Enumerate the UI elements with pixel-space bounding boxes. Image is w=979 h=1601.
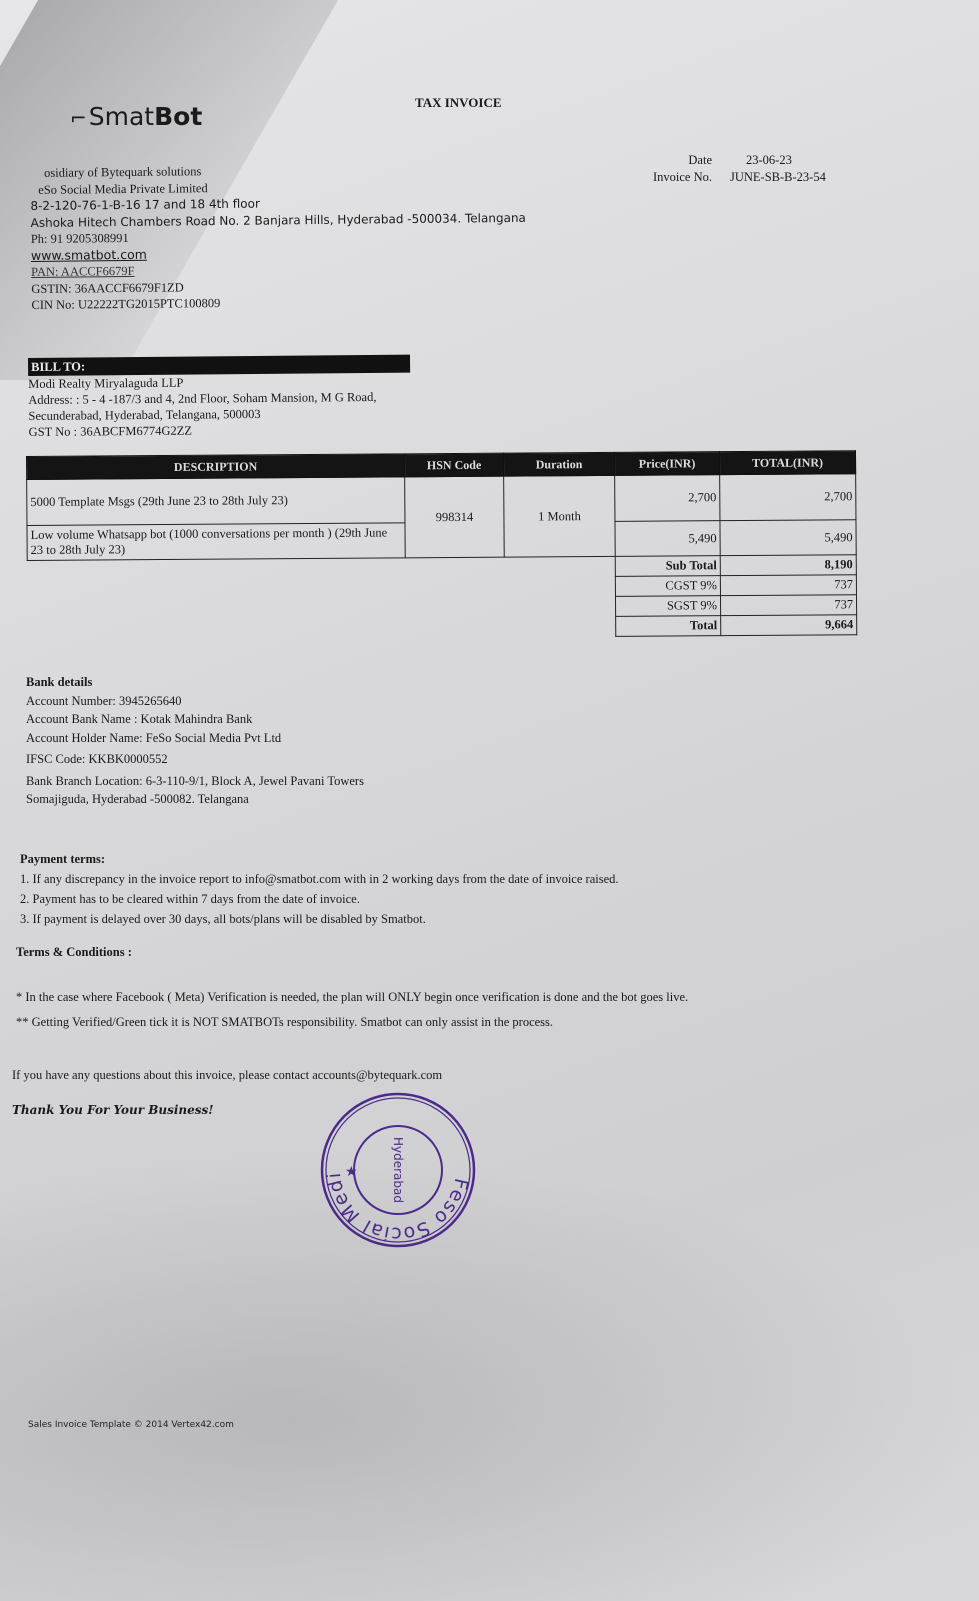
summary-value: 737 (720, 575, 856, 596)
footer-credit: Sales Invoice Template © 2014 Vertex42.c… (28, 1420, 234, 1430)
items-table: DESCRIPTION HSN Code Duration Price(INR)… (26, 450, 857, 641)
col-price: Price(INR) (614, 452, 719, 476)
bank-account-number: Account Number: 3945265640 (26, 692, 364, 711)
terms-heading: Terms & Conditions : (16, 943, 736, 962)
bank-branch1: Bank Branch Location: 6-3-110-9/1, Block… (26, 772, 364, 791)
terms-conditions: Terms & Conditions : * In the case where… (16, 943, 736, 1032)
payment-term-item: 1. If any discrepancy in the invoice rep… (20, 869, 740, 889)
summary-value: 9,664 (721, 615, 857, 636)
hsn-code: 998314 (405, 476, 505, 558)
col-hsn: HSN Code (404, 453, 503, 477)
summary-label: Sub Total (615, 556, 720, 577)
summary-label: CGST 9% (615, 576, 720, 597)
col-description: DESCRIPTION (27, 454, 405, 480)
table-row: 5000 Template Msgs (29th June 23 to 28th… (27, 474, 856, 526)
row-price: 2,700 (615, 475, 720, 522)
invoice-no-label: Invoice No. (640, 169, 712, 186)
bill-to-gst: GST No : 36ABCFM6774G2ZZ (29, 421, 411, 440)
summary-value: 8,190 (720, 555, 856, 576)
payment-terms: Payment terms: 1. If any discrepancy in … (20, 849, 740, 929)
company-stamp: Feso Social Media Pvt. Ltd. ★ Hyderabad (318, 1090, 478, 1250)
bank-name: Account Bank Name : Kotak Mahindra Bank (26, 710, 364, 729)
row-price: 5,490 (615, 521, 720, 557)
invoice-meta: Date23-06-23 Invoice No.JUNE-SB-B-23-54 (640, 152, 826, 186)
logo-text-bold: Bot (154, 102, 202, 131)
terms-item: * In the case where Facebook ( Meta) Ver… (16, 988, 736, 1007)
bank-branch2: Somajiguda, Hyderabad -500082. Telangana (26, 790, 364, 809)
date-value: 23-06-23 (746, 153, 792, 167)
photo-shadow-bottom (0, 1150, 979, 1601)
row-description: 5000 Template Msgs (29th June 23 to 28th… (27, 477, 405, 526)
payment-terms-heading: Payment terms: (20, 849, 740, 869)
row-total: 2,700 (720, 474, 856, 521)
payment-term-item: 3. If payment is delayed over 30 days, a… (20, 909, 740, 929)
document-title: TAX INVOICE (415, 95, 502, 111)
terms-item: ** Getting Verified/Green tick it is NOT… (16, 1013, 736, 1032)
bank-ifsc: IFSC Code: KKBK0000552 (26, 750, 364, 769)
stamp-icon: Feso Social Media Pvt. Ltd. ★ Hyderabad (318, 1090, 478, 1250)
logo-text: Smat (89, 102, 154, 131)
date-label: Date (640, 152, 712, 169)
svg-text:★: ★ (345, 1164, 358, 1180)
payment-term-item: 2. Payment has to be cleared within 7 da… (20, 889, 740, 909)
svg-text:Hyderabad: Hyderabad (391, 1137, 405, 1203)
seller-details: osidiary of Bytequark solutions eSo Soci… (30, 160, 527, 314)
col-total: TOTAL(INR) (719, 451, 855, 475)
bank-holder: Account Holder Name: FeSo Social Media P… (26, 729, 364, 748)
thanks-text: Thank You For Your Business! (12, 1103, 214, 1117)
bill-to-section: BILL TO: Modi Realty Miryalaguda LLP Add… (28, 355, 411, 440)
duration: 1 Month (504, 475, 616, 557)
row-total: 5,490 (720, 520, 856, 556)
summary-value: 737 (720, 595, 856, 616)
col-duration: Duration (503, 452, 614, 476)
summary-label: SGST 9% (615, 596, 720, 617)
summary-label: Total (616, 616, 721, 637)
bank-details: Bank details Account Number: 3945265640 … (26, 673, 364, 809)
row-description: Low volume Whatsapp bot (1000 conversati… (27, 523, 405, 561)
company-logo: ⌐SmatBot (70, 102, 202, 131)
logo-icon: ⌐ (70, 106, 87, 130)
bank-heading: Bank details (26, 673, 364, 692)
invoice-no-value: JUNE-SB-B-23-54 (730, 170, 826, 184)
bill-to-address1: Address: : 5 - 4 -187/3 and 4, 2nd Floor… (28, 389, 410, 408)
contact-text: If you have any questions about this inv… (12, 1068, 442, 1083)
